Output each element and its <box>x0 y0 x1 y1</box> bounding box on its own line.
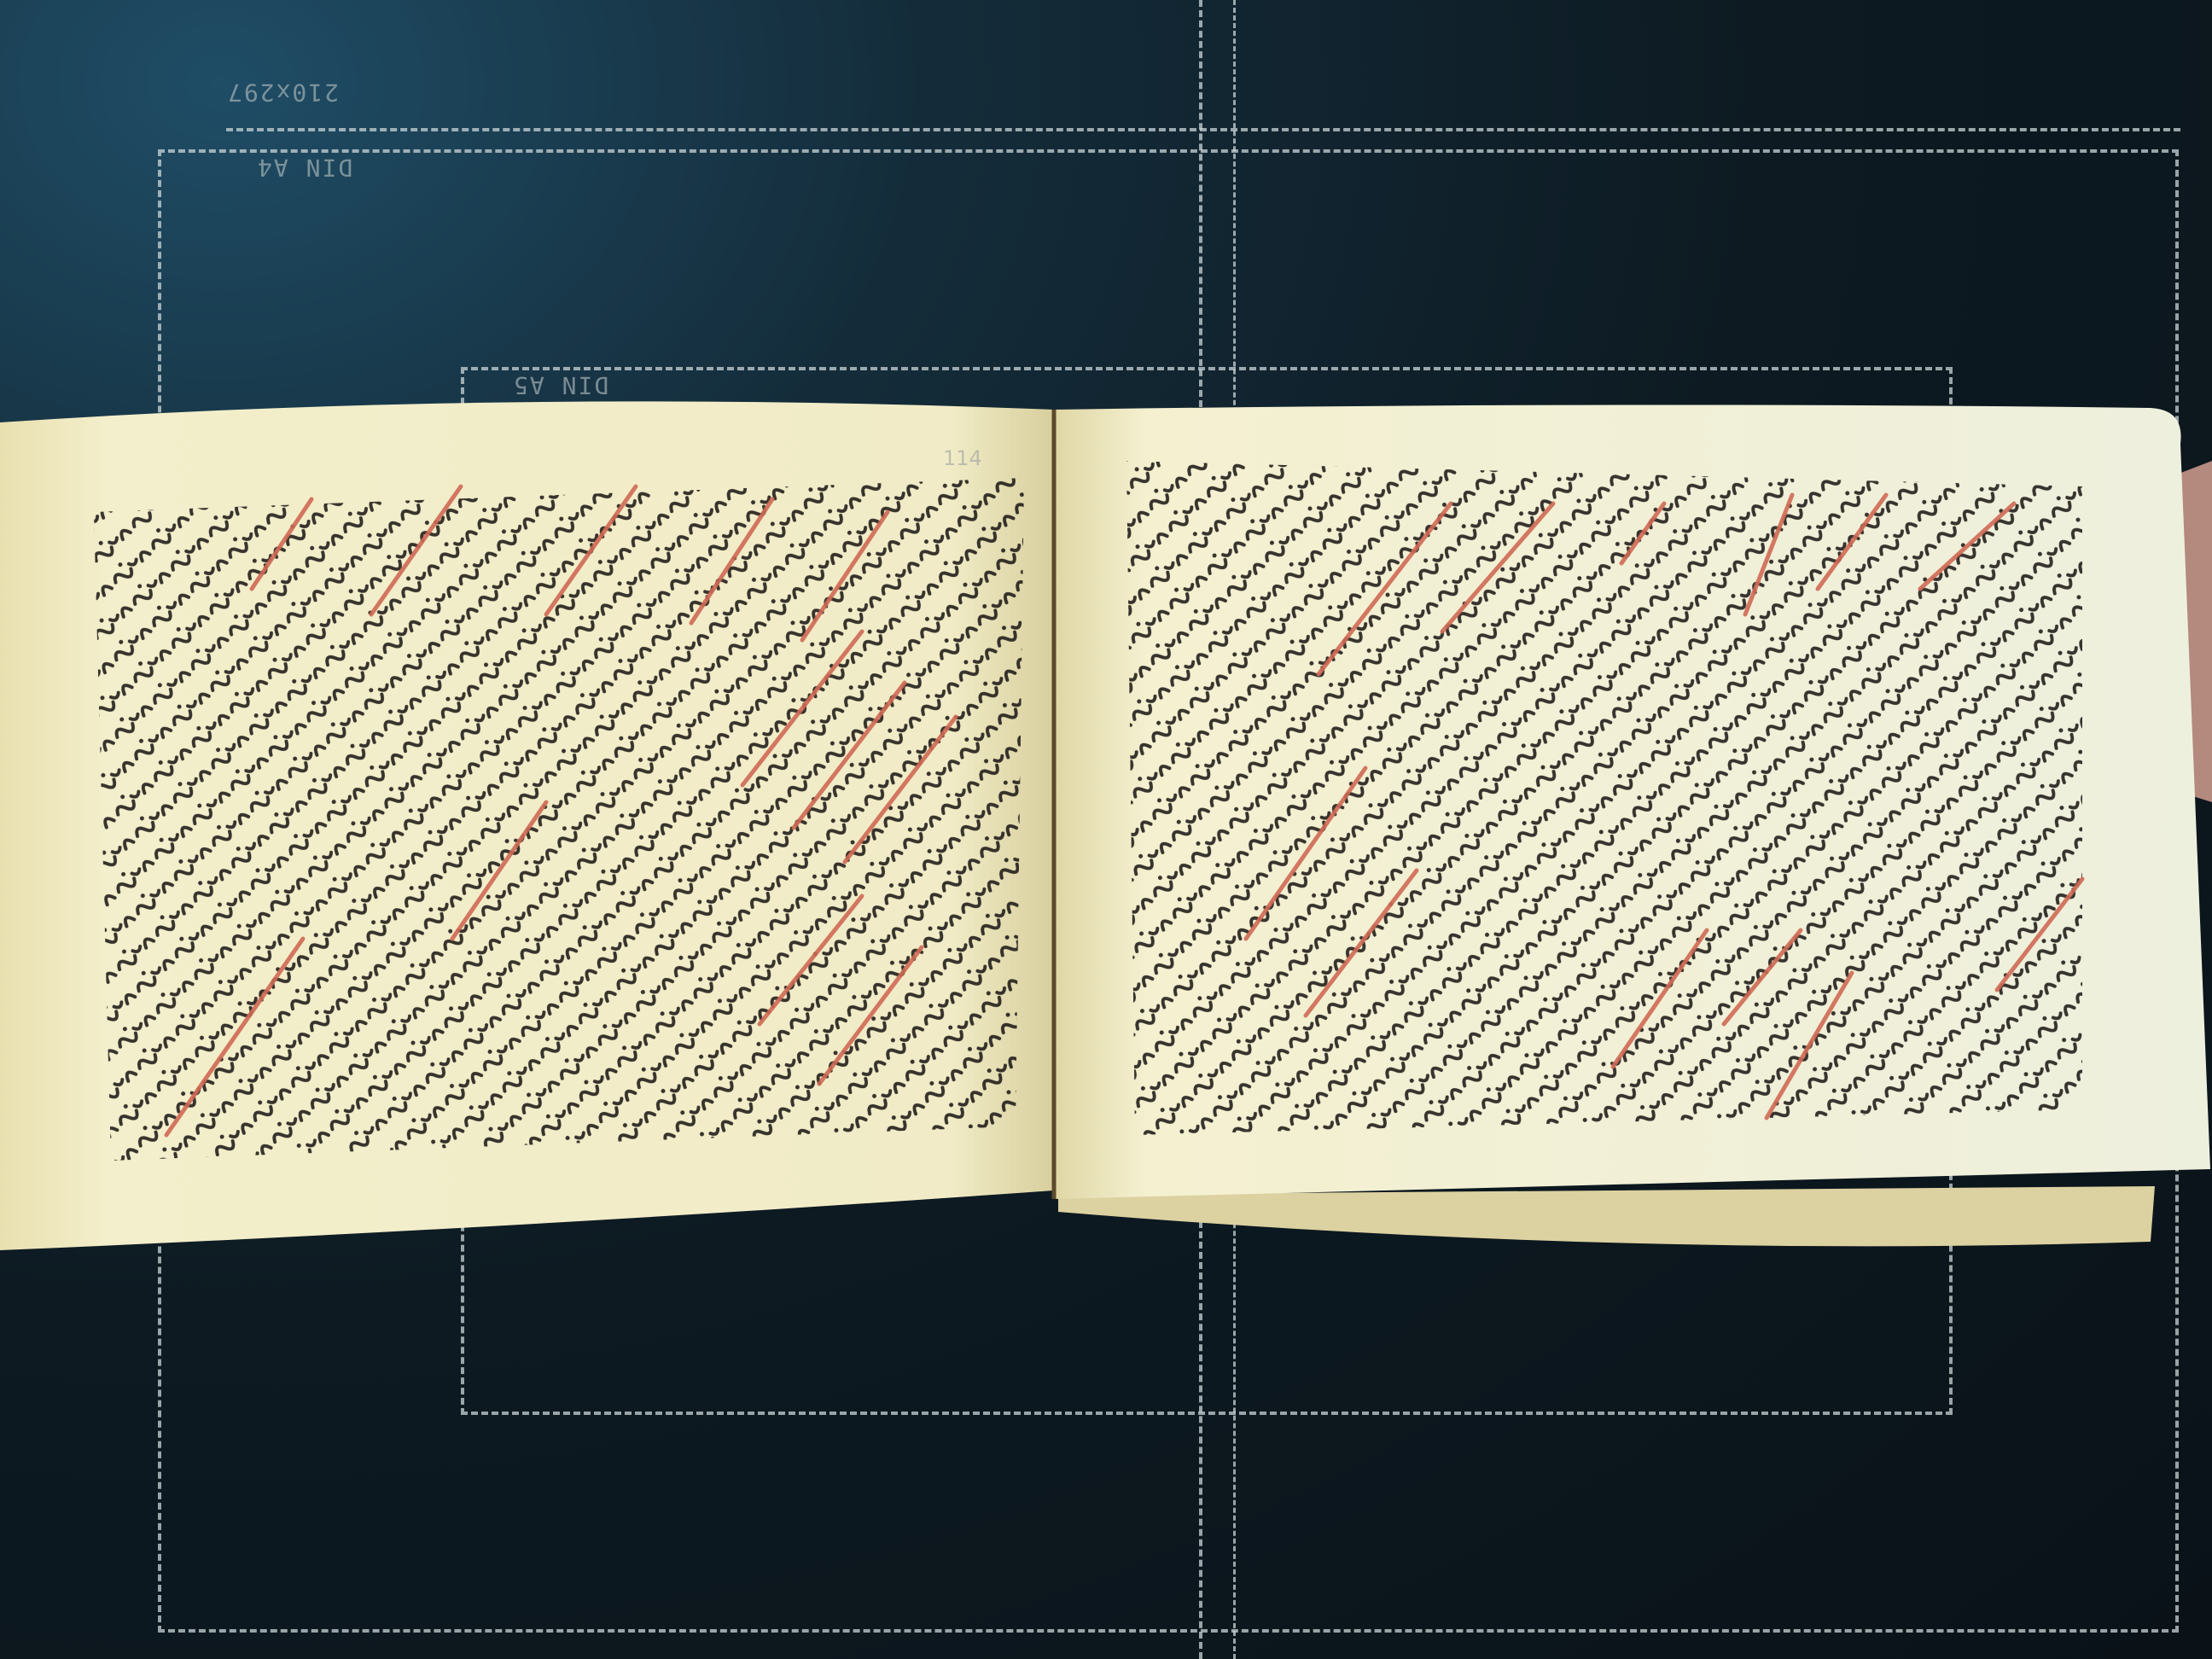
folio-number: 114 <box>943 446 982 470</box>
left-text-block <box>94 478 1024 1161</box>
manuscript-illustration: 114 <box>0 0 2212 1659</box>
right-text-block <box>1126 461 2082 1135</box>
photo-scene: 210x297 DIN A4 DIN A5 <box>0 0 2212 1659</box>
page-stack <box>1058 1186 2155 1246</box>
